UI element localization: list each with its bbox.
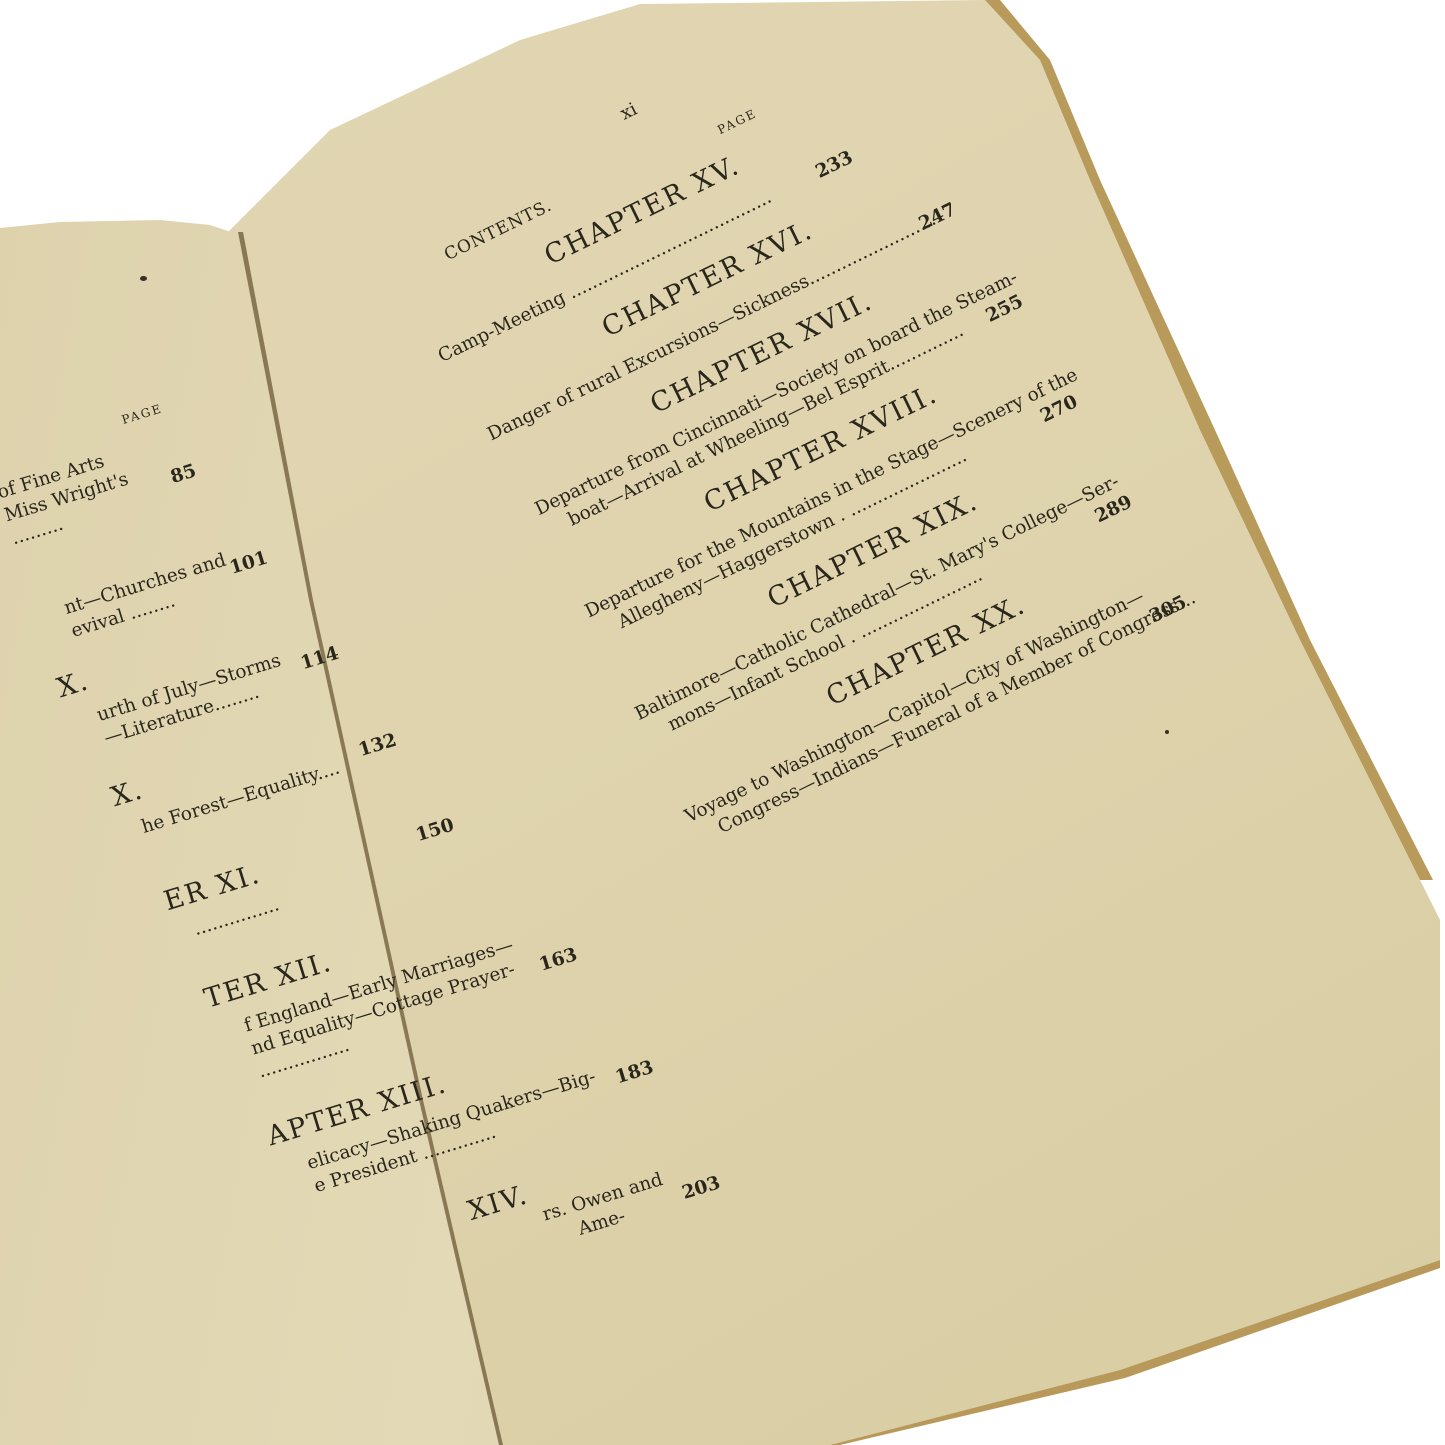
ink-spot xyxy=(140,276,147,281)
ink-spot xyxy=(1165,730,1169,734)
